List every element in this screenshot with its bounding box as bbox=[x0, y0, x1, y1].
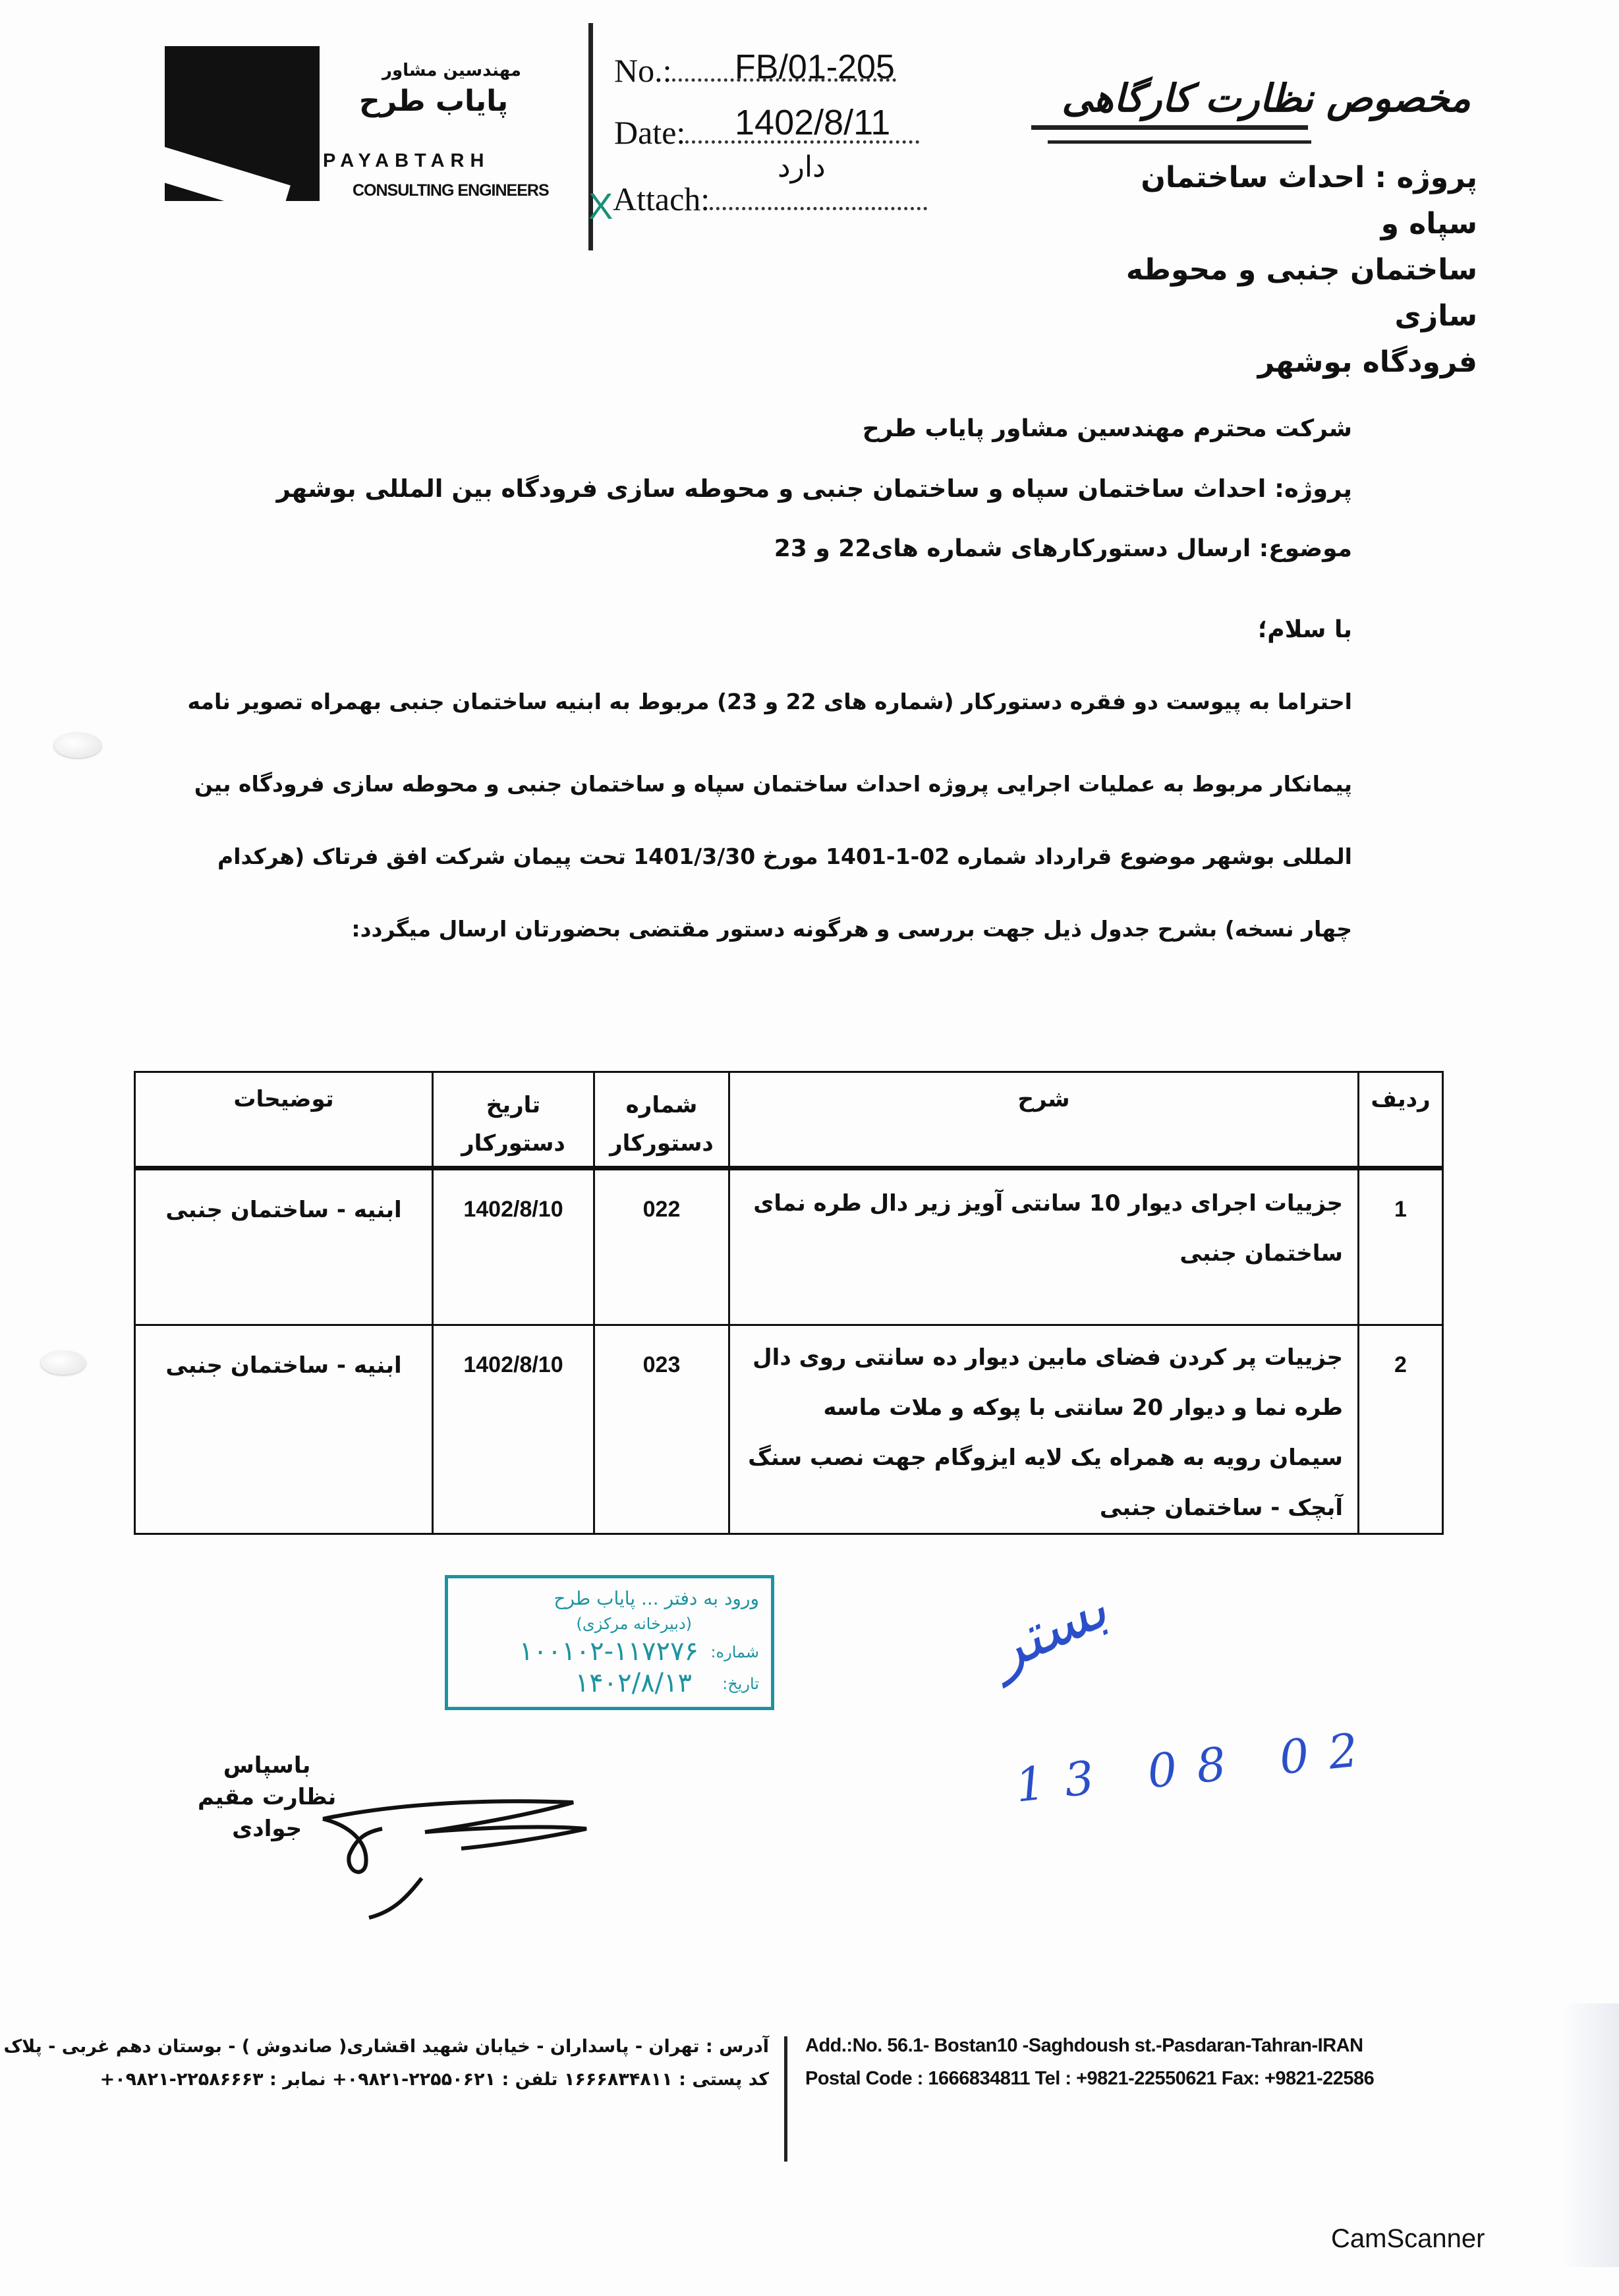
footer-address-fa: آدرس : تهران - پاسداران - خیابان شهید اق… bbox=[0, 2036, 769, 2057]
ref-attach-label: Attach: bbox=[613, 180, 710, 218]
cell-notes: ابنیه - ساختمان جنبی bbox=[135, 1168, 433, 1325]
header-underline-2 bbox=[1048, 140, 1311, 144]
ref-attach-value: دارد bbox=[778, 150, 826, 184]
scanner-watermark: CamScanner bbox=[1331, 2224, 1485, 2254]
header-underline bbox=[1031, 125, 1308, 130]
received-stamp: ورود به دفتر ... پایاب طرح (دبیرخانه مرک… bbox=[445, 1575, 774, 1710]
col-header-description: شرح bbox=[729, 1072, 1359, 1168]
stamp-title: ورود به دفتر ... پایاب طرح bbox=[554, 1588, 759, 1609]
punch-hole-bottom bbox=[41, 1351, 86, 1375]
handwritten-signature bbox=[310, 1779, 652, 1931]
company-name-fa-sub: مهندسین مشاور bbox=[382, 61, 521, 80]
header-project: پروژه : احداث ساختمان سپاه و ساختمان جنب… bbox=[1108, 155, 1477, 386]
stamp-date-label: تاریخ: bbox=[722, 1675, 759, 1693]
project-line: پروژه: احداث ساختمان سپاه و ساختمان جنبی… bbox=[277, 474, 1352, 503]
punch-hole-top bbox=[54, 733, 101, 758]
greeting-line: با سلام؛ bbox=[1258, 616, 1352, 643]
cell-order-number: 022 bbox=[594, 1168, 729, 1325]
handwritten-note: بستر bbox=[979, 1572, 1117, 1686]
col-header-notes: توضیحات bbox=[135, 1072, 433, 1168]
footer-address-en: Add.:No. 56.1- Bostan10 -Saghdoush st.-P… bbox=[805, 2035, 1363, 2057]
ref-attach-row: Attach: bbox=[613, 180, 927, 218]
company-name-en: PAYABTARH bbox=[323, 150, 490, 172]
cell-description: جزییات پر کردن فضای مابین دیوار ده سانتی… bbox=[729, 1325, 1359, 1534]
ref-date-label: Date: bbox=[614, 113, 685, 152]
header-project-line: فرودگاه بوشهر bbox=[1108, 339, 1477, 386]
company-tagline-en: CONSULTING ENGINEERS bbox=[353, 181, 549, 200]
table-header-row: ردیف شرح شماره دستورکار تاریخ دستورکار ت… bbox=[135, 1072, 1443, 1168]
header-project-line: ساختمان جنبی و محوطه سازی bbox=[1108, 247, 1477, 339]
footer-contact-fa: کد پستی : ۱۶۶۶۸۳۴۸۱۱ تلفن : ۲۲۵۵۰۶۲۱-۰۹۸… bbox=[100, 2069, 769, 2090]
handwritten-date: 13 08 02 bbox=[1013, 1721, 1380, 1812]
document-header-title: مخصوص نظارت کارگاهی bbox=[1062, 76, 1471, 121]
ref-date-value: 1402/8/11 bbox=[735, 102, 890, 143]
recipient-line: شرکت محترم مهندسین مشاور پایاب طرح bbox=[863, 415, 1352, 442]
body-line: چهار نسخه) بشرح جدول ذیل جهت بررسی و هرگ… bbox=[351, 916, 1352, 942]
company-name-fa: پایاب طرح bbox=[359, 84, 508, 118]
stamp-subtitle: (دبیرخانه مرکزی) bbox=[577, 1615, 692, 1633]
closing-line: باسپاس bbox=[198, 1750, 336, 1781]
subject-line: موضوع: ارسال دستورکارهای شماره های22 و 2… bbox=[774, 535, 1352, 562]
work-orders-table: ردیف شرح شماره دستورکار تاریخ دستورکار ت… bbox=[134, 1071, 1444, 1535]
cell-order-number: 023 bbox=[594, 1325, 729, 1534]
table-row: 1 جزییات اجرای دیوار 10 سانتی آویز زیر د… bbox=[135, 1168, 1443, 1325]
ref-number-label: No.: bbox=[614, 51, 672, 90]
header-project-line: پروژه : احداث ساختمان سپاه و bbox=[1108, 155, 1477, 247]
cell-notes: ابنیه - ساختمان جنبی bbox=[135, 1325, 433, 1534]
cell-description: جزییات اجرای دیوار 10 سانتی آویز زیر دال… bbox=[729, 1168, 1359, 1325]
attach-check-mark: X bbox=[588, 185, 613, 227]
col-header-order-number: شماره دستورکار bbox=[594, 1072, 729, 1168]
stamp-number-value: ۱۰۰۱۰۲-۱۱۷۲۷۶ bbox=[519, 1636, 698, 1667]
col-header-order-date: تاریخ دستورکار bbox=[433, 1072, 594, 1168]
cell-row-number: 2 bbox=[1359, 1325, 1443, 1534]
body-line: احتراما به پیوست دو فقره دستورکار (شماره… bbox=[188, 689, 1352, 714]
body-line: المللی بوشهر موضوع قرارداد شماره 02-1-14… bbox=[217, 844, 1352, 869]
cell-row-number: 1 bbox=[1359, 1168, 1443, 1325]
stamp-date-value: ۱۴۰۲/۸/۱۳ bbox=[575, 1668, 692, 1698]
table-row: 2 جزییات پر کردن فضای مابین دیوار ده سان… bbox=[135, 1325, 1443, 1534]
ref-number-value: FB/01-205 bbox=[735, 47, 895, 87]
stamp-number-label: شماره: bbox=[710, 1643, 759, 1661]
footer-contact-en: Postal Code : 1666834811 Tel : +9821-225… bbox=[805, 2068, 1374, 2090]
cell-order-date: 1402/8/10 bbox=[433, 1168, 594, 1325]
col-header-row: ردیف bbox=[1359, 1072, 1443, 1168]
cell-order-date: 1402/8/10 bbox=[433, 1325, 594, 1534]
page-edge-shadow bbox=[1562, 2003, 1619, 2267]
body-line: پیمانکار مربوط به عملیات اجرایی پروژه اح… bbox=[194, 771, 1352, 797]
company-logo bbox=[165, 46, 320, 201]
footer-divider bbox=[784, 2036, 787, 2162]
